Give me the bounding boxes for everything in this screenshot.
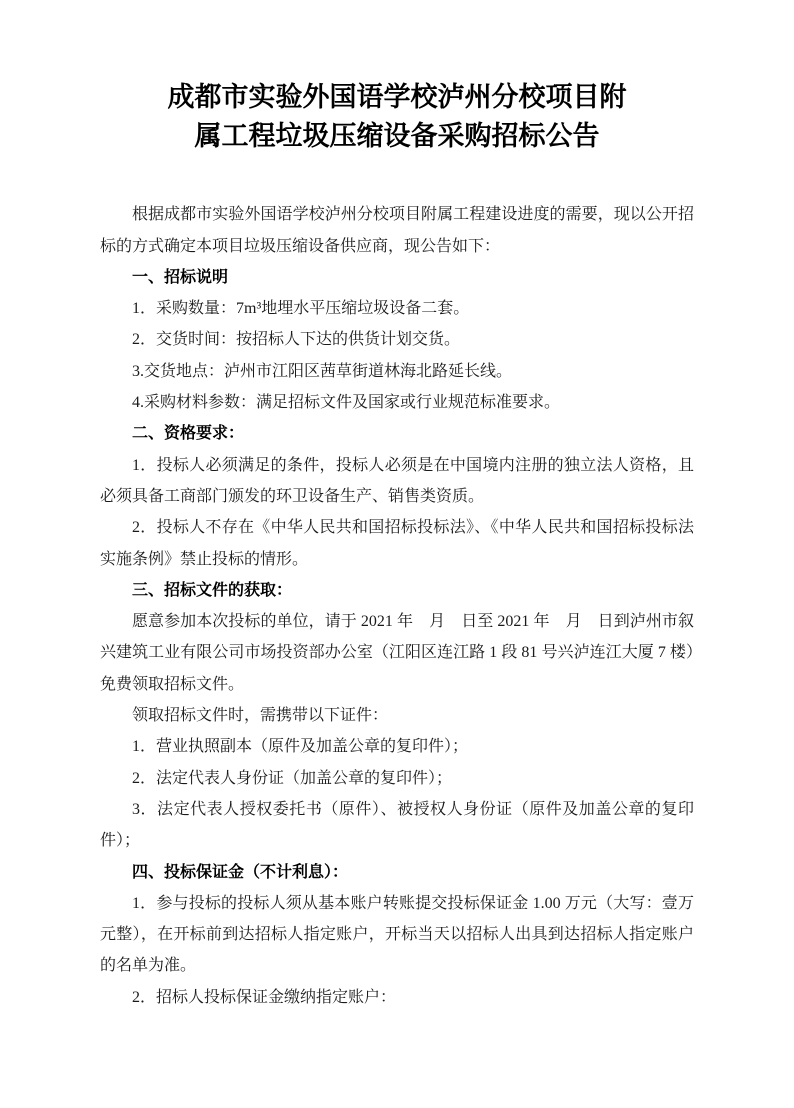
qualification-item-2: 2．投标人不存在《中华人民共和国招标投标法》、《中华人民共和国招标投标法实施条例… [100, 512, 694, 575]
document-obtain-paragraph: 愿意参加本次投标的单位，请于 2021 年 月 日至 2021 年 月 日到泸州… [100, 606, 694, 700]
bid-bond-item-2: 2．招标人投标保证金缴纳指定账户： [100, 982, 694, 1013]
material-parameters-item: 4.采购材料参数：满足招标文件及国家或行业规范标准要求。 [100, 387, 694, 418]
section-3-heading: 三、招标文件的获取： [100, 575, 694, 606]
document-page: 成都市实验外国语学校泸州分校项目附 属工程垃圾压缩设备采购招标公告 根据成都市实… [0, 0, 794, 1108]
delivery-time-item: 2．交货时间：按招标人下达的供货计划交货。 [100, 324, 694, 355]
document-title-line-1: 成都市实验外国语学校泸州分校项目附 [100, 78, 694, 117]
purchase-quantity-item: 1．采购数量：7m³地埋水平压缩垃圾设备二套。 [100, 293, 694, 324]
required-document-item-2: 2．法定代表人身份证（加盖公章的复印件）； [100, 763, 694, 794]
required-document-item-1: 1．营业执照副本（原件及加盖公章的复印件）； [100, 731, 694, 762]
qualification-item-1: 1．投标人必须满足的条件，投标人必须是在中国境内注册的独立法人资格，且必须具备工… [100, 450, 694, 513]
intro-paragraph: 根据成都市实验外国语学校泸州分校项目附属工程建设进度的需要，现以公开招标的方式确… [100, 199, 694, 262]
delivery-location-item: 3.交货地点：泸州市江阳区茜草街道林海北路延长线。 [100, 356, 694, 387]
required-document-item-3: 3．法定代表人授权委托书（原件）、被授权人身份证（原件及加盖公章的复印件）； [100, 794, 694, 857]
section-2-heading: 二、资格要求： [100, 418, 694, 449]
document-title: 成都市实验外国语学校泸州分校项目附 属工程垃圾压缩设备采购招标公告 [100, 78, 694, 156]
section-4-heading: 四、投标保证金（不计利息）： [100, 857, 694, 888]
required-documents-intro: 领取招标文件时，需携带以下证件： [100, 700, 694, 731]
document-title-line-2: 属工程垃圾压缩设备采购招标公告 [100, 117, 694, 156]
section-1-heading: 一、招标说明 [100, 262, 694, 293]
bid-bond-item-1: 1．参与投标的投标人须从基本账户转账提交投标保证金 1.00 万元（大写：壹万元… [100, 888, 694, 982]
